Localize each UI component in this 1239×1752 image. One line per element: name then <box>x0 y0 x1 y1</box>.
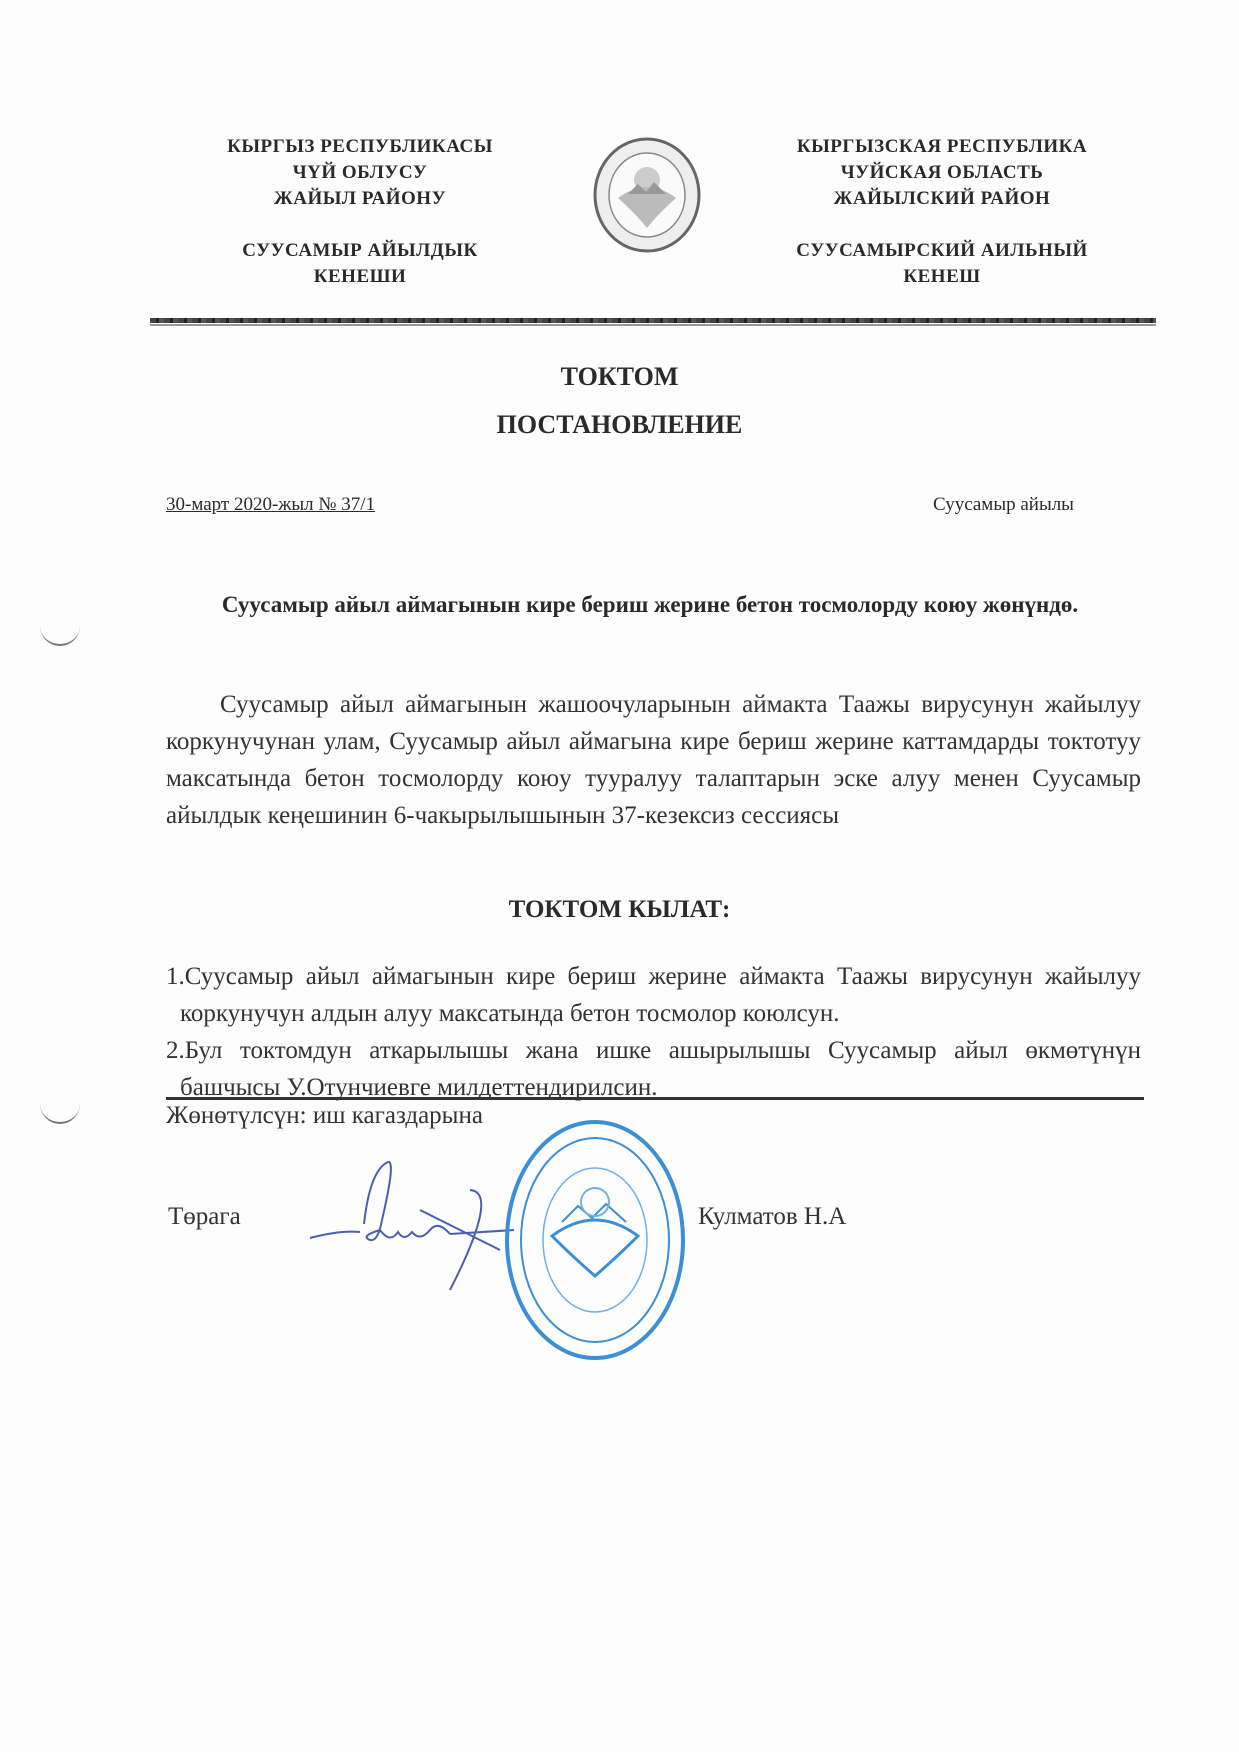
country-ky: КЫРГЫЗ РЕСПУБЛИКАСЫ <box>190 134 530 160</box>
resolution-items: 1.Суусамыр айыл аймагынын кире бериш жер… <box>166 958 1141 1106</box>
council-ru-2: КЕНЕШ <box>772 264 1112 290</box>
signatory-role: Төрага <box>168 1203 241 1231</box>
signatory-name: Кулматов Н.А <box>698 1203 846 1231</box>
council-ky-2: КЕНЕШИ <box>190 264 530 290</box>
sent-to: Жөнөтүлсүн: иш кагаздарына <box>166 1102 483 1130</box>
body-divider <box>166 1097 1144 1100</box>
region-ky: ЧҮЙ ОБЛУСУ <box>190 160 530 186</box>
title-ky: ТОКТОМ <box>0 362 1239 392</box>
resolution-item-2: 2.Бул токтомдун аткарылышы жана ишке ашы… <box>166 1032 1141 1106</box>
punch-hole-mark <box>40 620 80 646</box>
district-ru: ЖАЙЫЛСКИЙ РАЙОН <box>772 186 1112 212</box>
header-divider <box>150 318 1156 323</box>
district-ky: ЖАЙЫЛ РАЙОНУ <box>190 186 530 212</box>
region-ru: ЧУЙСКАЯ ОБЛАСТЬ <box>772 160 1112 186</box>
date-number: 30-март 2020-жыл № 37/1 <box>166 494 375 516</box>
header-kyrgyz: КЫРГЫЗ РЕСПУБЛИКАСЫ ЧҮЙ ОБЛУСУ ЖАЙЫЛ РАЙ… <box>190 134 530 290</box>
state-emblem-icon <box>588 136 706 254</box>
resolves-heading: ТОКТОМ КЫЛАТ: <box>0 896 1239 924</box>
subject: Суусамыр айыл аймагынын кире бериш жерин… <box>160 588 1140 622</box>
country-ru: КЫРГЫЗСКАЯ РЕСПУБЛИКА <box>772 134 1112 160</box>
preamble: Суусамыр айыл аймагынын жашоочуларынын а… <box>166 686 1141 834</box>
header-russian: КЫРГЫЗСКАЯ РЕСПУБЛИКА ЧУЙСКАЯ ОБЛАСТЬ ЖА… <box>772 134 1112 290</box>
title-ru: ПОСТАНОВЛЕНИЕ <box>0 410 1239 440</box>
place: Суусамыр айылы <box>933 494 1074 516</box>
header-divider-thin <box>150 324 1156 326</box>
council-ky-1: СУУСАМЫР АЙЫЛДЫК <box>190 238 530 264</box>
punch-hole-mark <box>40 1098 80 1124</box>
council-ru-1: СУУСАМЫРСКИЙ АИЛЬНЫЙ <box>772 238 1112 264</box>
resolution-item-1: 1.Суусамыр айыл аймагынын кире бериш жер… <box>166 958 1141 1032</box>
official-stamp-icon <box>500 1118 690 1363</box>
